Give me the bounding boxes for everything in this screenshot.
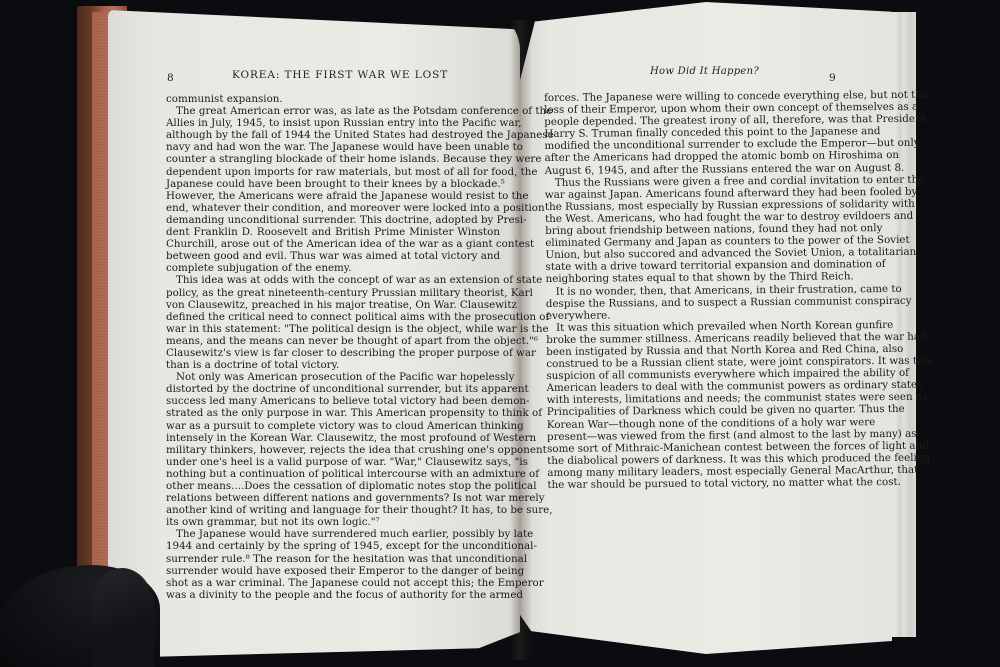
text-line: Churchill, arose out of the American ide…	[166, 238, 500, 250]
text-line: However, the Americans were afraid the J…	[166, 190, 500, 202]
text-line: under one's heel is a valid purpose of w…	[166, 456, 500, 468]
text-line: although by the fall of 1944 the United …	[166, 129, 500, 141]
text-line: surrender rule.⁸ The reason for the hesi…	[166, 553, 500, 565]
text-line: communist expansion.	[166, 93, 500, 105]
text-line: dent Franklin D. Roosevelt and British P…	[166, 226, 500, 238]
text-line: surrender would have exposed their Emper…	[166, 565, 500, 577]
text-line: Clausewitz's view is far closer to descr…	[166, 347, 500, 359]
right-page-number: 9	[829, 72, 836, 84]
text-line: Allies in July, 1945, to insist upon Rus…	[166, 117, 500, 129]
text-line: defined the critical need to connect pol…	[166, 311, 500, 323]
text-line: Not only was American prosecution of the…	[166, 371, 500, 383]
text-line: success led many Americans to believe to…	[166, 395, 500, 407]
text-line: von Clausewitz, preached in his major tr…	[166, 299, 500, 311]
text-line: than is a doctrine of total victory.	[166, 359, 500, 371]
text-line: its own grammar, but not its own logic."…	[166, 516, 500, 528]
text-line: intensely in the Korean War. Clausewitz,…	[166, 432, 500, 444]
text-line: navy and had won the war. The Japanese w…	[166, 141, 500, 153]
text-line: between good and evil. Thus war was aime…	[166, 250, 500, 262]
right-page-body-text: forces. The Japanese were willing to con…	[544, 89, 855, 491]
photo-scene: 8 KOREA: THE FIRST WAR WE LOST How Did I…	[0, 0, 1000, 667]
text-line: policy, as the great nineteenth-century …	[166, 287, 500, 299]
text-line: war in this statement: "The political de…	[166, 323, 500, 335]
text-line: relations between different nations and …	[166, 492, 500, 504]
text-line: shot as a war criminal. The Japanese cou…	[166, 577, 500, 589]
text-line: another kind of writing and language for…	[166, 504, 500, 516]
text-line: nothing but a continuation of political …	[166, 468, 500, 480]
text-line: counter a strangling blockade of their h…	[166, 153, 500, 165]
text-line: other means....Does the cessation of dip…	[166, 480, 500, 492]
gloved-thumb	[92, 568, 154, 667]
text-line: The Japanese would have surrendered much…	[166, 528, 500, 540]
left-running-head: KOREA: THE FIRST WAR WE LOST	[232, 69, 448, 81]
text-line: complete subjugation of the enemy.	[166, 262, 500, 274]
text-line: strated as the only purpose in war. This…	[166, 407, 500, 419]
right-running-head: How Did It Happen?	[650, 66, 759, 77]
text-line: military thinkers, however, rejects the …	[166, 444, 500, 456]
text-line: demanding unconditional surrender. This …	[166, 214, 500, 226]
text-line: was a divinity to the people and the foc…	[166, 589, 500, 601]
text-line: means, and the means can never be though…	[166, 335, 500, 347]
left-page-body-text: communist expansion.The great American e…	[166, 93, 500, 601]
text-line: Japanese could have been brought to thei…	[166, 178, 500, 190]
text-line: 1944 and certainly by the spring of 1945…	[166, 540, 500, 552]
text-line: end, whatever their condition, and moreo…	[166, 202, 500, 214]
text-line: The great American error was, as late as…	[166, 105, 500, 117]
text-line: war as a pursuit to complete victory was…	[166, 420, 500, 432]
left-page-number: 8	[167, 72, 174, 84]
text-line: distorted by the doctrine of uncondition…	[166, 383, 500, 395]
text-line: dependent upon imports for raw materials…	[166, 166, 500, 178]
text-line: This idea was at odds with the concept o…	[166, 274, 500, 286]
